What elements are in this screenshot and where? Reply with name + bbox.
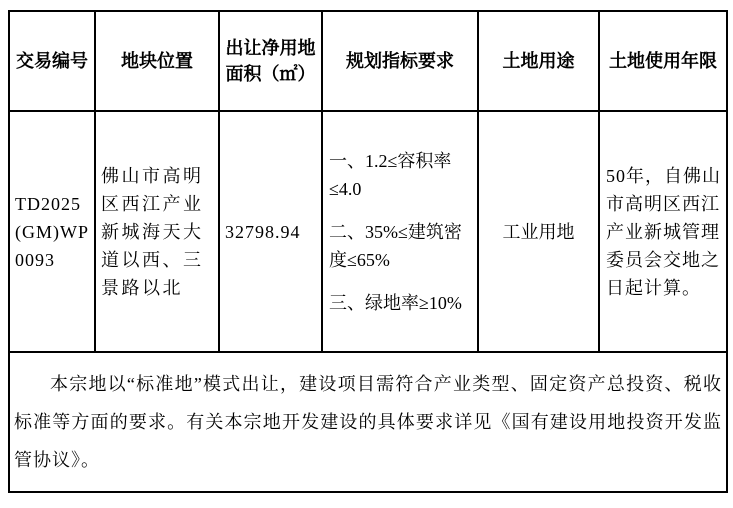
transaction-id-cell: TD2025(GM)WP0093 [9,111,95,352]
net-area-cell: 32798.94 [219,111,322,352]
planning-indicator-green: 三、绿地率≥10% [329,289,471,317]
land-use-cell: 工业用地 [478,111,599,352]
tenure-cell: 50年，自佛山市高明区西江产业新城管理委员会交地之日起计算。 [599,111,727,352]
col-header-land-use: 土地用途 [478,11,599,111]
land-parcel-table: 交易编号 地块位置 出让净用地面积（㎡） 规划指标要求 土地用途 土地使用年限 … [8,10,728,493]
parcel-row: TD2025(GM)WP0093 佛山市高明区西江产业新城海天大道以西、三景路以… [9,111,727,352]
col-header-location: 地块位置 [95,11,219,111]
planning-indicator-far: 一、1.2≤容积率≤4.0 [329,147,471,203]
col-header-planning-indicators: 规划指标要求 [322,11,478,111]
col-header-transaction-id: 交易编号 [9,11,95,111]
planning-indicator-density: 二、35%≤建筑密度≤65% [329,218,471,274]
col-header-tenure: 土地使用年限 [599,11,727,111]
col-header-net-area: 出让净用地面积（㎡） [219,11,322,111]
note-row: 本宗地以“标准地”模式出让，建设项目需符合产业类型、固定资产总投资、税收标准等方… [9,352,727,492]
location-cell: 佛山市高明区西江产业新城海天大道以西、三景路以北 [95,111,219,352]
standard-land-note: 本宗地以“标准地”模式出让，建设项目需符合产业类型、固定资产总投资、税收标准等方… [14,365,722,479]
page: 交易编号 地块位置 出让净用地面积（㎡） 规划指标要求 土地用途 土地使用年限 … [0,0,733,508]
planning-indicators-cell: 一、1.2≤容积率≤4.0 二、35%≤建筑密度≤65% 三、绿地率≥10% [322,111,478,352]
header-row: 交易编号 地块位置 出让净用地面积（㎡） 规划指标要求 土地用途 土地使用年限 [9,11,727,111]
note-cell: 本宗地以“标准地”模式出让，建设项目需符合产业类型、固定资产总投资、税收标准等方… [9,352,727,492]
